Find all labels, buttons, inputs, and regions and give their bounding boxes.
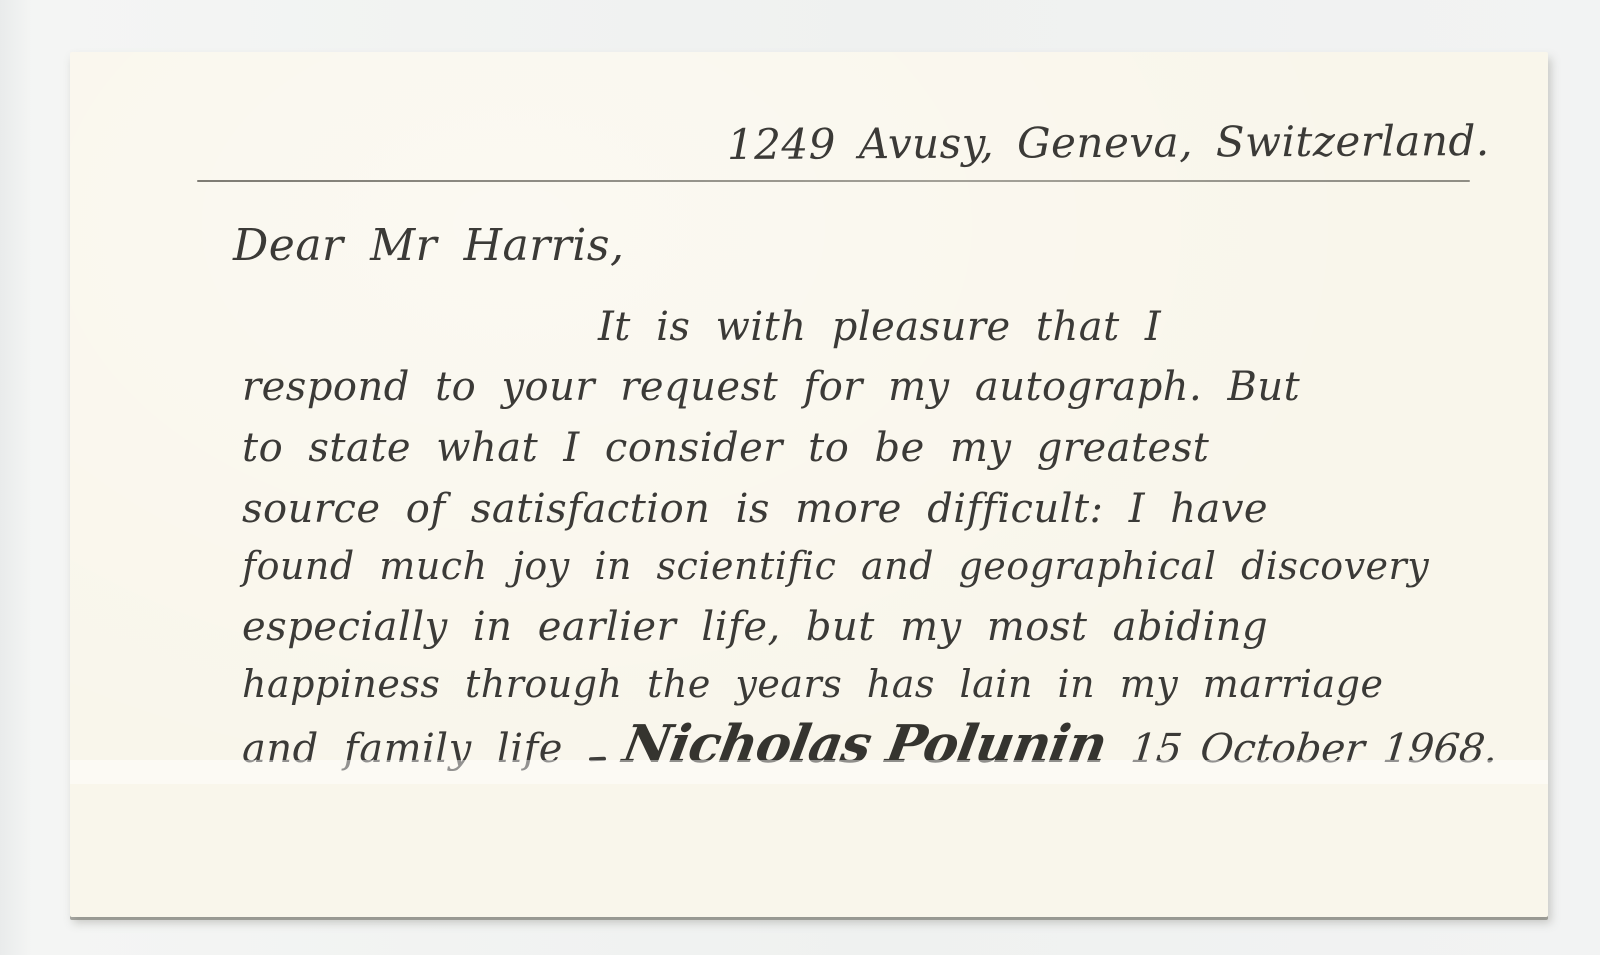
photo-background: 1249 Avusy, Geneva, Switzerland. Dear Mr… [0,0,1600,955]
signature: Nicholas Polunin [618,714,1110,775]
body-line: source of satisfaction is more difficult… [242,486,1268,532]
body-line: to state what I consider to be my greate… [242,425,1209,471]
body-line: found much joy in scientific and geograp… [242,544,1429,588]
address-line: 1249 Avusy, Geneva, Switzerland. [727,116,1490,169]
salutation: Dear Mr Harris, [233,220,624,271]
body-line: It is with pleasure that I [598,304,1161,350]
closing-row: and family life Nicholas Polunin 15 Octo… [242,714,1498,775]
printed-rule-line [197,180,1470,182]
handwritten-card: 1249 Avusy, Geneva, Switzerland. Dear Mr… [70,52,1548,917]
body-line: respond to your request for my autograph… [242,364,1300,410]
pen-dash-flourish [589,757,606,762]
date-text: 15 October 1968. [1129,726,1500,772]
body-line: and family life [242,726,563,772]
body-line: happiness through the years has lain in … [242,662,1383,706]
body-line: especially in earlier life, but my most … [242,604,1268,650]
